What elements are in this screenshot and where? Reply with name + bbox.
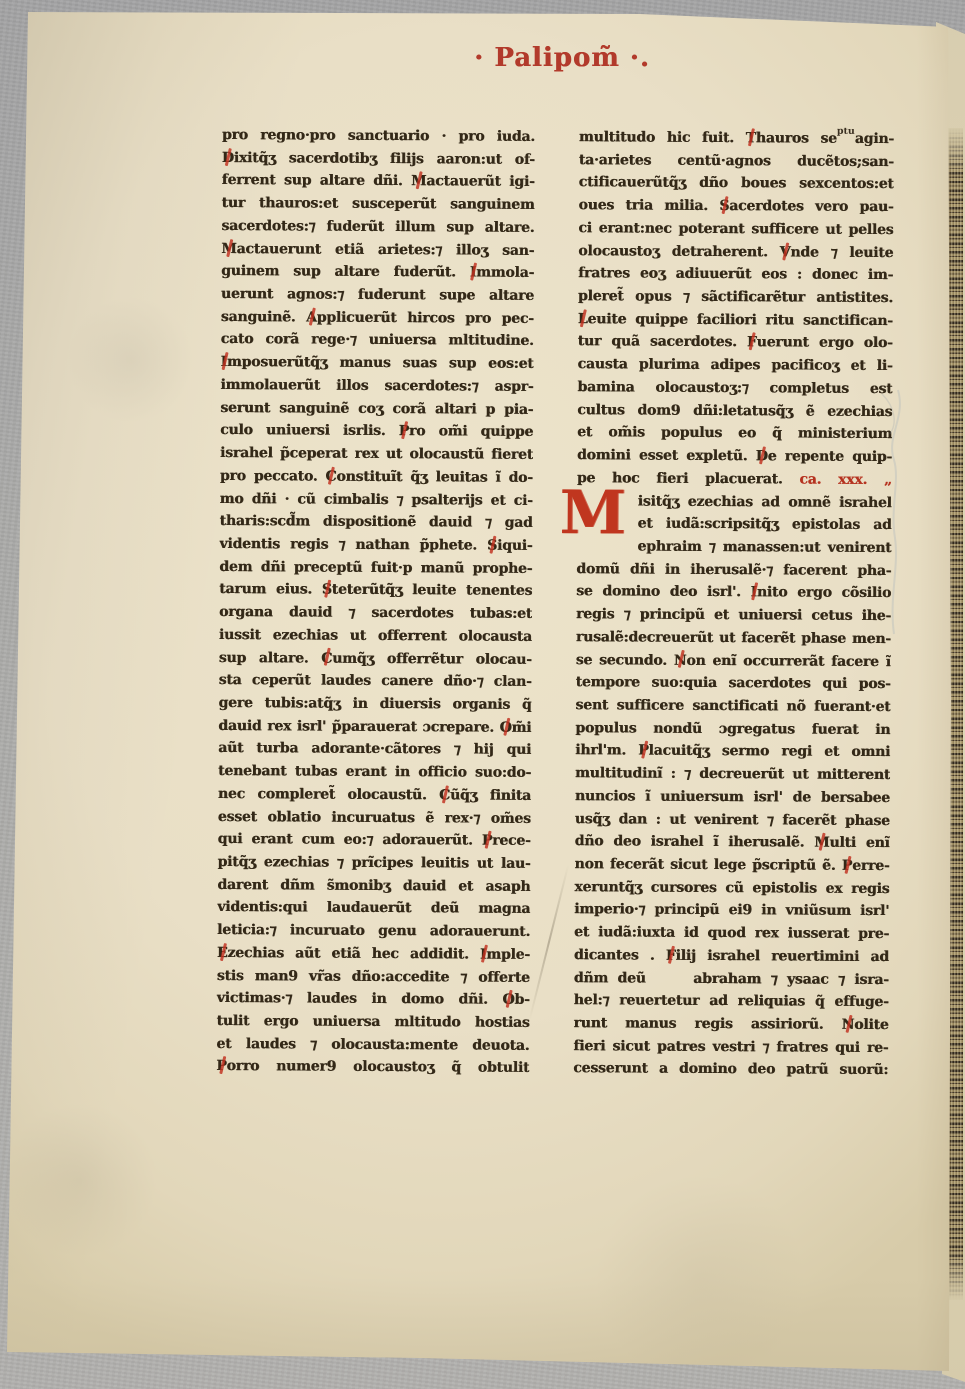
text-line: ta·arietes centũ·agnos ducẽtos;san- [579,149,894,174]
text-line: cesserunt a domino deo patrũ suorũ: [573,1058,888,1083]
text-line: culo uniuersi isrlis. Pro om̃i quippe [220,419,533,444]
rubricated-capital: S [487,535,497,558]
text-line: xeruntq̃ʒ cursores cũ epistolis ex regis [574,876,889,901]
text-line: ctificauerũtq̃ʒ dño boues sexcentos:et [579,172,894,197]
text-line: mo dñi · cũ cimbalis ⁊ psalterijs et ci- [220,487,533,512]
text-line: et laudes ⁊ olocausta:mente deuota. [216,1033,529,1058]
text-line: nuncios ĩ uniuersum isrl' de bersabee [575,785,890,810]
rubricated-capital: I [750,582,756,605]
rubricated-capital: I [220,351,226,374]
text-line: dñm deũ abraham ⁊ ysaac ⁊ isra- [574,967,889,992]
rubricated-capital: T [746,127,756,150]
rubricated-capital: D [222,147,234,170]
text-line: ferrent sup altare dñi. Mactauerũt igi- [222,169,535,194]
text-line: sacerdotes:⁊ fuderũt illum sup altare. [221,215,534,240]
text-line: causta plurima adipes pacificoʒ et li- [577,353,892,378]
text-line: tulit ergo uniuersa mltitudo hostias [216,1010,529,1035]
rubricated-capital: E [217,942,228,965]
rubricated-capital: S [322,579,332,602]
rubricated-capital: C [439,784,450,807]
text-block: pro regno·pro sanctuario · pro iuda.Dixi… [216,124,894,1088]
text-line: Leuite quippe faciliori ritu sanctifican… [578,308,893,333]
rubricated-capital: D [756,445,768,468]
rubricated-capital: M [411,171,426,194]
text-line: darent dñm s̃monibʒ dauid et asaph [217,874,530,899]
text-line: tur thauros:et susceperũt sanguinem [221,192,534,217]
text-line: sta ceperũt laudes canere dño·⁊ clan- [219,669,532,694]
text-line: pe hoc fieri placuerat. ca. xxx. „ [577,467,892,492]
rubricated-capital: N [674,649,687,672]
text-line: regis ⁊ principũ et uniuersi cetus ihe- [576,603,891,628]
photograph-backdrop: { "header": { "running_title": "· Palipo… [0,0,965,1389]
text-line: imperio·⁊ principũ ei9 in vniũsum isrl' [574,899,889,924]
running-title: · Palipom̃ ·. [432,38,692,78]
text-line: pleret̃ opus ⁊ sãctificarẽtur antistites… [578,285,893,310]
rubricated-capital: C [321,647,332,670]
rubricated-capital: I [480,943,486,966]
text-line: aũt turba adorante·cãtores ⁊ hij qui [218,737,531,762]
rubricated-capital: L [578,308,588,331]
rubricated-capital: P [482,830,492,853]
text-line: nec compleret̃ olocaustũ. Cũq̃ʒ finita [218,783,531,808]
text-line: rusalẽ:decreuerũt ut facerẽt phase men- [576,626,891,651]
text-line: et iudã:scripsitq̃ʒ epistolas ad [637,513,891,537]
text-line: pro peccato. Constituĩt q̃ʒ leuitas ĩ do… [220,465,533,490]
text-line: stis man9 vr̃as dño:accedite ⁊ offerte [217,965,530,990]
text-line: israhel p̃ceperat rex ut olocaustũ fiere… [220,442,533,467]
text-line: tharis:scd̃m dispositionẽ dauid ⁊ gad [220,510,533,535]
text-line: non fecerãt sicut lege p̃scriptũ ẽ. Perr… [574,853,889,878]
text-line: fratres eoʒ adiuuerũt eos : donec im- [578,262,893,287]
text-line: et iudã:iuxta id quod rex iusserat pre- [574,921,889,946]
text-line: dño deo israhel ĩ iherusalẽ. Multi enĩ [575,830,890,855]
text-line: organa dauid ⁊ sacerdotes tubas:et [219,601,532,626]
text-line: Porro numer9 olocaustoʒ q̃ obtulit [216,1055,529,1080]
text-line: pitq̃ʒ ezechias ⁊ prĩcipes leuitis ut la… [217,851,530,876]
text-line: domũ dñi in iherusalẽ·⁊ facerent pha- [576,558,891,583]
text-line: esset oblatio incuruatus ẽ rex·⁊ om̃es [218,806,531,831]
marginal-flourish-mark [868,388,908,638]
text-line: guinem sup altare fuderũt. Immola- [221,260,534,285]
text-line: uerunt agnos:⁊ fuderunt supe altare [221,283,534,308]
text-line: sanguinẽ. Applicuerũt hircos pro pec- [221,306,534,331]
text-line: dem dñi preceptũ fuit·p manũ prophe- [219,556,532,581]
text-line: multitudinĩ : ⁊ decreuerũt ut mitterent [575,762,890,787]
text-line: olocaustoʒ detraherent. Vnde ⁊ leuite [578,240,893,265]
rubricated-capital: P [638,740,648,763]
text-line: fieri sicut patres vestri ⁊ fratres qui … [573,1035,888,1060]
text-line: hel:⁊ reuertetur ad reliquias q̃ effuge- [574,989,889,1014]
rubricated-capital: A [306,306,317,329]
text-line: domini esset expletũ. De repente quip- [577,444,892,469]
rubricated-capital: S [719,195,729,218]
text-line: tenebant tubas erant in officio suo:do- [218,760,531,785]
text-line: ephraim ⁊ manassen:ut venirent ad [637,535,891,559]
text-line: gere tubis:atq̃ʒ in diuersis organis q̃ [218,692,531,717]
text-line: pro regno·pro sanctuario · pro iuda. [222,124,535,149]
text-line: sup altare. Cumq̃ʒ offerrẽtur olocau- [219,647,532,672]
vellum-page: · Palipom̃ ·. pro regno·pro sanctuario ·… [0,0,965,1389]
text-line: sent sufficere sanctificati nõ fuerant·e… [575,694,890,719]
text-line: Mactauerunt etiã arietes:⁊ illoʒ san- [221,238,534,263]
text-line: dauid rex isrl' p̃parauerat ɔcrepare. Om… [218,715,531,740]
text-line: victimas·⁊ laudes in domo dñi. Ob- [217,987,530,1012]
text-line: videntis:qui laudauerũt deũ magna [217,896,530,921]
text-line: runt manus regis assiriorũ. Nolite [573,1012,888,1037]
text-line: usq̃ʒ dan : ut venirent ⁊ facerẽt phase [575,808,890,833]
rubricated-capital: O [500,716,512,739]
text-line: cultus dom9 dñi:letatusq̃ʒ ẽ ezechias [577,399,892,424]
text-column-left: pro regno·pro sanctuario · pro iuda.Dixi… [216,124,535,1080]
text-line: cato corã rege·⁊ uniuersa mltitudine. [221,328,534,353]
text-line: tarum eius. Steterũtq̃ʒ leuite tenentes [219,578,532,603]
rubricated-capital: N [841,1014,854,1037]
text-line: ci erant:nec poterant sufficere ut pelle… [578,217,893,242]
text-line: tur quã sacerdotes. Fuerunt ergo olo- [578,331,893,356]
rubricated-capital: P [842,855,852,878]
text-line: se domino deo isrl'. Inito ergo cõsilio [576,581,891,606]
text-line: Ezechias aũt etiã hec addidit. Imple- [217,942,530,967]
text-column-right: multitudo hic fuit. Thauros septuagin-ta… [573,126,894,1082]
interlinear-correction: ptu [837,126,855,143]
text-line: leticia:⁊ incuruato genu adorauerunt. [217,919,530,944]
text-line: serunt sanguinẽ coʒ corã altari p pia- [220,397,533,422]
text-line: populus nondũ ɔgregatus fuerat in [575,717,890,742]
text-line: isitq̃ʒ ezechias ad omnẽ israhel [638,490,892,514]
rubricated-capital: I [470,262,476,285]
rubricated-capital: P [399,420,409,443]
text-line: iussit ezechias ut offerrent olocausta [219,624,532,649]
rubricated-capital: V [780,241,791,264]
rubricated-capital: O [502,989,514,1012]
text-line: videntis regis ⁊ nathan p̃phete. Siqui- [219,533,532,558]
rubricated-capital: F [666,945,676,968]
text-line: Dixitq̃ʒ sacerdotibʒ filijs aaron:ut of- [222,147,535,172]
rubricated-capital: M [814,832,829,855]
text-line: ihrl'm. Placuitq̃ʒ sermo regi et omni [575,740,890,765]
chapter-initial: M [559,491,637,537]
text-line: oues tria milia. Sacerdotes vero pau- [578,194,893,219]
text-line: se secundo. Non enĩ occurrerãt facere ĩ [576,649,891,674]
text-line: bamina olocaustoʒ:⁊ completus est [577,376,892,401]
text-line: dicantes . Filij israhel reuertimini ad [574,944,889,969]
text-line: tempore suo:quia sacerdotes qui pos- [576,671,891,696]
rubricated-capital: C [325,465,336,488]
text-line: qui erant cum eo:⁊ adorauerũt. Prece- [218,828,531,853]
rubricated-capital: M [221,238,236,261]
text-line: et om̃is populus eo q̃ ministerium [577,422,892,447]
text-line: multitudo hic fuit. Thauros septuagin- [579,126,894,151]
rubricated-capital: P [216,1055,226,1078]
rubricated-capital: F [747,332,757,355]
text-line: Imposuerũtq̃ʒ manus suas sup eos:et [220,351,533,376]
text-line: immolauerũt illos sacerdotes:⁊ aspr- [220,374,533,399]
